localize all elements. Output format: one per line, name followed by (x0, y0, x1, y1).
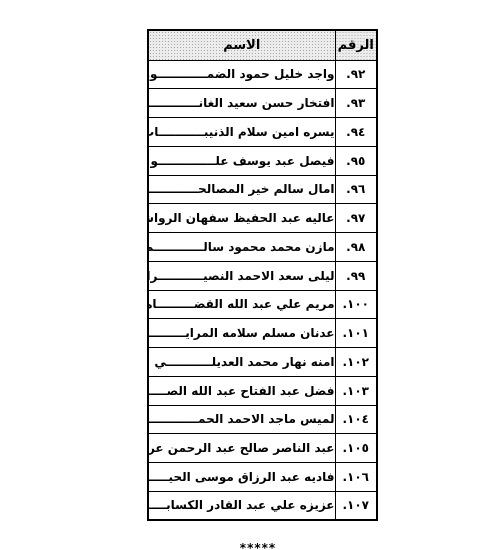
table-row: ٩٥.فيصل عبد يوسف علــــــــــــــو (148, 146, 377, 175)
row-number-cell: ١٠٦. (335, 463, 377, 492)
row-number-cell: ٩٣. (335, 89, 377, 118)
row-number-cell: ١٠١. (335, 319, 377, 348)
footer-asterisks: ***** (226, 541, 290, 550)
table-row: ٩٩.ليلى سعد الاحمد النصيـــــــــــرات (148, 261, 377, 290)
row-number-cell: ١٠٧. (335, 491, 377, 520)
row-name-cell: فضل عبد الفتاح عبد الله الصــــــــوص (148, 376, 335, 405)
table-row: ٩٤.يسره امين سلام الذنيبـــــــــــات (148, 118, 377, 147)
row-name-cell: يسره امين سلام الذنيبـــــــــــات (148, 118, 335, 147)
roster-table-body: ٩٢.واجد خليل حمود الضمــــــــــــور٩٣.ا… (148, 60, 377, 520)
table-row: ١٠٠.مريم علي عبد الله القضـــــــــاه (148, 290, 377, 319)
row-name-cell: مازن محمد محمود سالــــــــــــم (148, 233, 335, 262)
row-number-cell: ١٠٣. (335, 376, 377, 405)
column-header-number: الرقم (335, 30, 377, 60)
row-number-cell: ١٠٤. (335, 405, 377, 434)
row-name-cell: عاليه عبد الحفيظ سفهان الرواشـــــــده (148, 204, 335, 233)
row-number-cell: ١٠٠. (335, 290, 377, 319)
table-row: ٩٧.عاليه عبد الحفيظ سفهان الرواشـــــــد… (148, 204, 377, 233)
row-name-cell: امنه نهار محمد العديلـــــــــــي (148, 348, 335, 377)
row-name-cell: افتخار حسن سعيد الغانــــــــــــم (148, 89, 335, 118)
document-page: الرقم الاسم ٩٢.واجد خليل حمود الضمــــــ… (0, 0, 496, 550)
row-name-cell: فاديه عبد الرزاق موسى الحيــــــــاري (148, 463, 335, 492)
table-row: ١٠٤.لميس ماجد الاحمد الحمــــــــــــود (148, 405, 377, 434)
roster-table-container: الرقم الاسم ٩٢.واجد خليل حمود الضمــــــ… (147, 29, 378, 521)
row-number-cell: ٩٩. (335, 261, 377, 290)
table-row: ١٠٢.امنه نهار محمد العديلـــــــــــي (148, 348, 377, 377)
table-row: ١٠٥.عبد الناصر صالح عبد الرحمن عربيــــا… (148, 434, 377, 463)
row-name-cell: عبد الناصر صالح عبد الرحمن عربيــــات (148, 434, 335, 463)
row-number-cell: ٩٧. (335, 204, 377, 233)
table-row: ١٠١.عدنان مسلم سلامه المرايـــــــــات (148, 319, 377, 348)
table-row: ٩٣.افتخار حسن سعيد الغانــــــــــــم (148, 89, 377, 118)
row-number-cell: ٩٢. (335, 60, 377, 89)
row-number-cell: ٩٥. (335, 146, 377, 175)
table-row: ٩٨.مازن محمد محمود سالــــــــــــم (148, 233, 377, 262)
row-number-cell: ٩٦. (335, 175, 377, 204)
row-name-cell: امال سالم خير المصالحــــــــــــه (148, 175, 335, 204)
row-name-cell: فيصل عبد يوسف علــــــــــــــو (148, 146, 335, 175)
row-name-cell: ليلى سعد الاحمد النصيـــــــــــرات (148, 261, 335, 290)
row-number-cell: ٩٤. (335, 118, 377, 147)
row-number-cell: ٩٨. (335, 233, 377, 262)
table-row: ١٠٣.فضل عبد الفتاح عبد الله الصــــــــو… (148, 376, 377, 405)
column-header-name: الاسم (148, 30, 335, 60)
row-name-cell: عدنان مسلم سلامه المرايـــــــــات (148, 319, 335, 348)
roster-table: الرقم الاسم ٩٢.واجد خليل حمود الضمــــــ… (147, 29, 378, 521)
table-row: ١٠٦.فاديه عبد الرزاق موسى الحيــــــــار… (148, 463, 377, 492)
row-name-cell: لميس ماجد الاحمد الحمــــــــــــود (148, 405, 335, 434)
row-name-cell: مريم علي عبد الله القضـــــــــاه (148, 290, 335, 319)
row-name-cell: واجد خليل حمود الضمــــــــــــور (148, 60, 335, 89)
row-number-cell: ١٠٢. (335, 348, 377, 377)
table-row: ٩٦.امال سالم خير المصالحــــــــــــه (148, 175, 377, 204)
row-number-cell: ١٠٥. (335, 434, 377, 463)
table-row: ١٠٧.عزيزه علي عبد القادر الكسابــــــــر… (148, 491, 377, 520)
table-row: ٩٢.واجد خليل حمود الضمــــــــــــور (148, 60, 377, 89)
row-name-cell: عزيزه علي عبد القادر الكسابــــــــره (148, 491, 335, 520)
table-header-row: الرقم الاسم (148, 30, 377, 60)
